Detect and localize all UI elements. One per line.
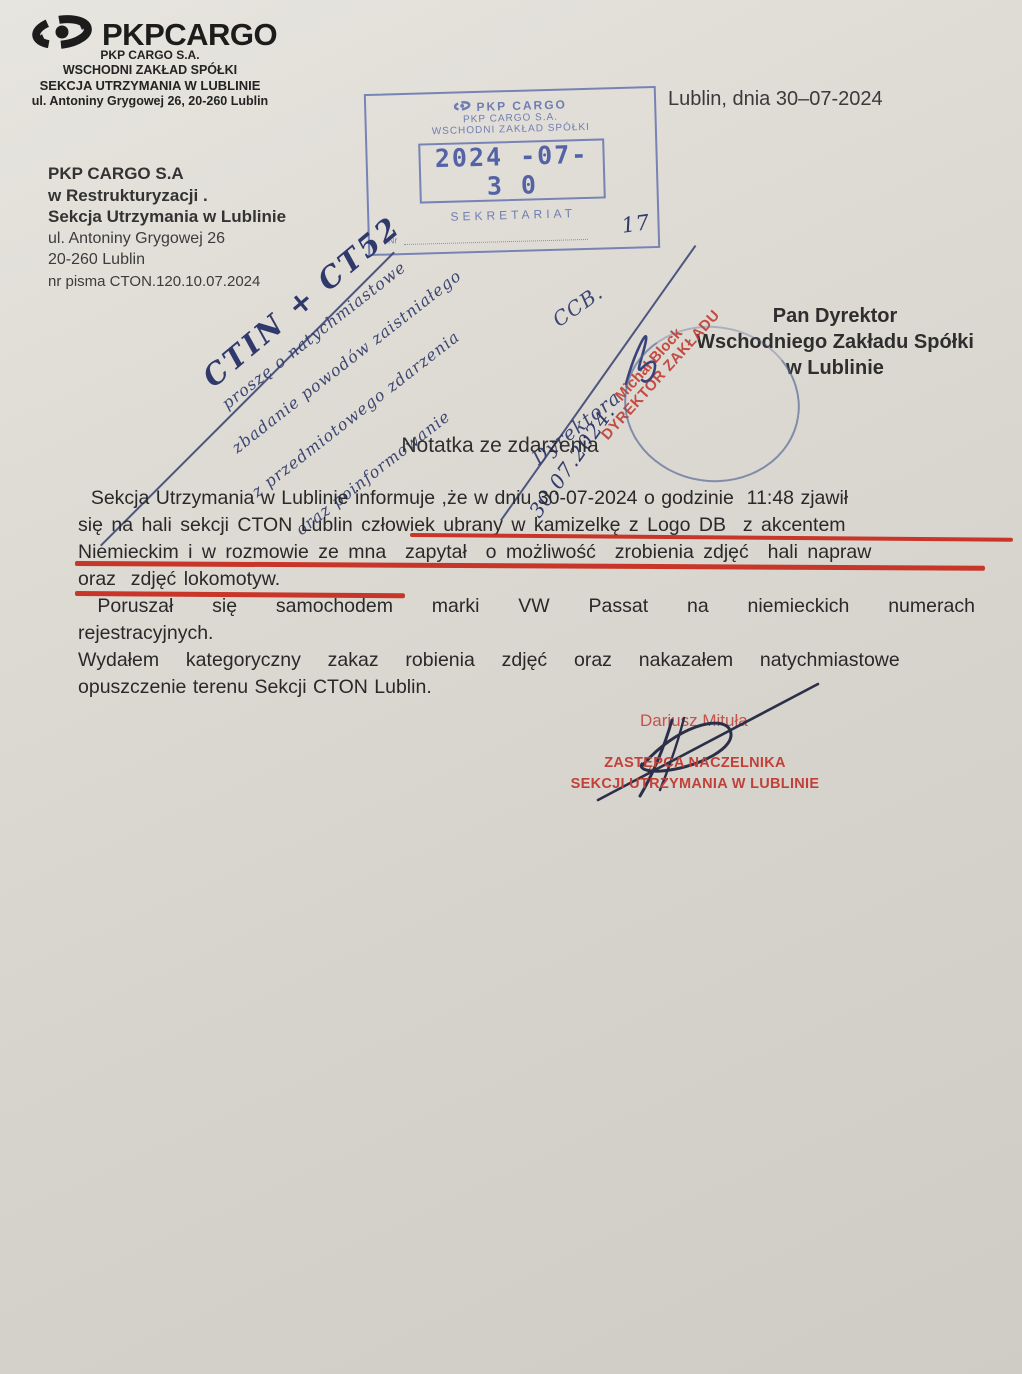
handwritten-registry-number: 17 [620, 210, 652, 238]
stamp-date: 2024 -07- 3 0 [418, 138, 606, 203]
sender-line: ul. Antoniny Grygowej 26 [48, 228, 286, 250]
letterhead-address: PKP CARGO S.A. WSCHODNI ZAKŁAD SPÓŁKI SE… [4, 48, 296, 109]
signature-title-line: ZASTĘPCA NACZELNIKA [545, 753, 845, 774]
body-line: oraz zdjęć lokomotyw. [78, 568, 280, 591]
body-line: Poruszał się samochodem marki VW Passat … [78, 595, 975, 618]
sender-line: 20-260 Lublin [48, 249, 286, 271]
body-line: Niemieckim i w rozmowie ze mna zapytał o… [78, 541, 871, 564]
dateline: Lublin, dnia 30–07-2024 [668, 88, 883, 111]
body-line: Sekcja Utrzymania w Lublinie informuje ,… [78, 487, 848, 510]
stamp-logo-icon [453, 100, 471, 114]
sender-line: w Restrukturyzacji . [48, 185, 286, 207]
sender-block: PKP CARGO S.A w Restrukturyzacji . Sekcj… [48, 163, 286, 292]
scanned-letter-page: PKPCARGO PKP CARGO S.A. WSCHODNI ZAKŁAD … [0, 0, 1022, 1374]
secretariat-stamp: PKP CARGO PKP CARGO S.A. WSCHODNI ZAKŁAD… [364, 86, 660, 256]
signature-title-line: SEKCJI UTRZYMANIA W LUBLINIE [545, 774, 845, 795]
sender-reference-number: nr pisma CTON.120.10.07.2024 [48, 271, 286, 293]
handwritten-org: CCB. [548, 280, 607, 332]
document-title: Notatka ze zdarzenia [0, 434, 1000, 458]
stamp-number-line [403, 227, 588, 245]
letterhead-line: ul. Antoniny Grygowej 26, 20-260 Lublin [4, 94, 296, 109]
signature-title-stamp: ZASTĘPCA NACZELNIKA SEKCJI UTRZYMANIA W … [545, 753, 845, 795]
letterhead-line: WSCHODNI ZAKŁAD SPÓŁKI [4, 63, 296, 78]
letterhead-line: SEKCJA UTRZYMANIA W LUBLINIE [4, 78, 296, 94]
sender-line: PKP CARGO S.A [48, 163, 286, 185]
sender-line: Sekcja Utrzymania w Lublinie [48, 206, 286, 228]
stamp-department: SEKRETARIAT [369, 204, 657, 226]
body-line: opuszczenie terenu Sekcji CTON Lublin. [78, 676, 432, 699]
stamp-number-row: Nr [388, 227, 588, 246]
letterhead-line: PKP CARGO S.A. [4, 48, 296, 63]
body-line: rejestracyjnych. [78, 622, 213, 645]
